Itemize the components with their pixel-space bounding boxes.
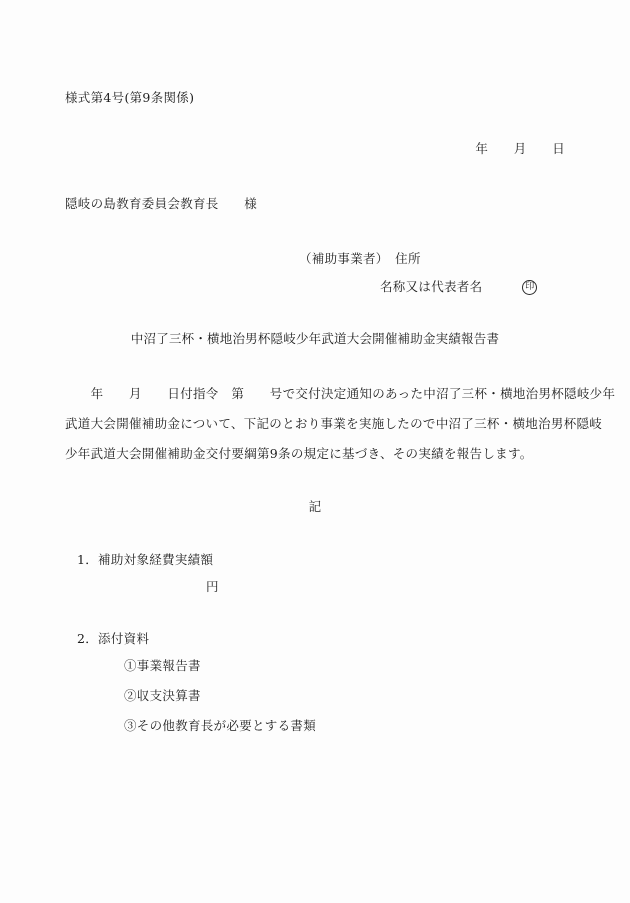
item-2-heading: 2．添付資料 bbox=[77, 631, 149, 647]
document-page: 様式第4号(第9条関係) 年 月 日 隠岐の島教育委員会教育長 様 （補助事業者… bbox=[0, 0, 630, 903]
applicant-address-line: （補助事業者） 住所 bbox=[299, 251, 421, 267]
addressee-line: 隠岐の島教育委員会教育長 様 bbox=[65, 196, 257, 212]
document-title: 中沼了三杯・横地治男杯隠岐少年武道大会開催補助金実績報告書 bbox=[0, 331, 630, 347]
record-marker: 記 bbox=[0, 499, 630, 515]
applicant-name-line: 名称又は代表者名 印 bbox=[380, 279, 537, 295]
attachment-item-1: ①事業報告書 bbox=[124, 658, 201, 674]
item-1-heading: 1．補助対象経費実績額 bbox=[77, 552, 213, 568]
body-paragraph-line-1: 年 月 日付指令 第 号で交付決定通知のあった中沼了三杯・横地治男杯隠岐少年 bbox=[65, 386, 615, 402]
date-line: 年 月 日 bbox=[0, 141, 565, 157]
attachment-item-2: ②収支決算書 bbox=[124, 688, 201, 704]
item-1-amount-unit: 円 bbox=[206, 579, 219, 595]
seal-stamp-icon: 印 bbox=[522, 280, 537, 295]
body-paragraph-line-2: 武道大会開催補助金について、下記のとおり事業を実施したので中沼了三杯・横地治男杯… bbox=[65, 416, 602, 432]
form-number: 様式第4号(第9条関係) bbox=[65, 90, 194, 106]
body-paragraph-line-3: 少年武道大会開催補助金交付要綱第9条の規定に基づき、その実績を報告します。 bbox=[65, 446, 533, 462]
attachment-item-3: ③その他教育長が必要とする書類 bbox=[124, 718, 316, 734]
applicant-name-label: 名称又は代表者名 bbox=[380, 279, 482, 295]
